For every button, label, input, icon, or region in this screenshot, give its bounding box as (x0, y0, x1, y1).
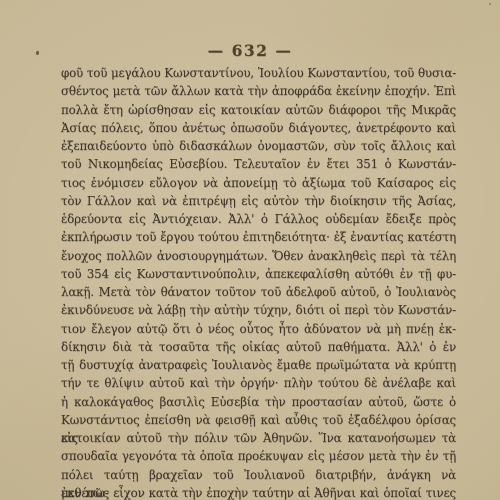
text-line: ἔνοχος πολλῶν ἀνοσιουργημάτων. Ὅθεν ἀνακ… (61, 247, 456, 265)
ink-speck (489, 3, 491, 5)
text-line: φοῦ τοῦ μεγάλου Κωνσταντίνου, Ἰουλίου Κω… (61, 64, 456, 82)
text-line: ἐκινδύνευσε νὰ λάβῃ τὴν αὐτὴν τύχην, διό… (61, 301, 456, 319)
text-line: πόλει ταύτῃ βραχεῖαν τοῦ Ἰουλιανοῦ διατρ… (61, 466, 456, 484)
text-line: ἐκπλήρωσιν τοῦ ἔργου τούτου ἐπιτηδειότητ… (61, 228, 456, 246)
text-line: σπουδαῖα γεγονότα τὰ ὁποῖα προέκυψαν εἰς… (61, 447, 456, 465)
text-line: τοῦ Νικομηδείας Εὐσεβίου. Τελευταῖον ἐν … (61, 155, 456, 173)
text-line: ἐξεπαιδεύοντο ὑπὸ διδασκάλων ὀνομαστῶν, … (61, 137, 456, 155)
text-line: τήν τε θλίψιν αὐτοῦ καὶ τὴν ὀργήν· πλὴν … (61, 374, 456, 392)
text-line: δίκησιν διὰ τὰ τοσαῦτα τῆς οἰκίας αὐτοῦ … (61, 338, 456, 356)
text-line: λακῇ. Μετὰ τὸν θάνατον τοῦτον τοῦ ἀδελφο… (61, 283, 456, 301)
text-line: τοῦ 354 εἰς Κωνσταντινούπολιν, ἀπεκεφαλί… (61, 265, 456, 283)
text-line: τιος ἐνόμισεν εὔλογον νὰ ἀπονείμῃ τὸ ἀξί… (61, 174, 456, 192)
text-line: ἡ καλοκάγαθος βασιλὶς Εὐσεβία τὴν προστα… (61, 393, 456, 411)
text-line: πολλὰ ἔτη ὡρίσθησαν εἰς κατοικίαν αὐτῶν … (61, 101, 456, 119)
body-text: φοῦ τοῦ μεγάλου Κωνσταντίνου, Ἰουλίου Κω… (61, 64, 456, 500)
text-line: μεν πῶς εἶχον κατὰ τὴν ἐποχὴν ταύτην αἱ … (61, 484, 456, 500)
text-line: τιον ἔλεγον αὐτῷ ὅτι ὁ νέος οὗτος ἦτο ἀδ… (61, 320, 456, 338)
page-number: — 632 — (0, 41, 500, 60)
scanned-book-page: — 632 — φοῦ τοῦ μεγάλου Κωνσταντίνου, Ἰο… (0, 0, 500, 500)
text-line: Ἀσίας πόλεις, ὅπου ἀνέτως ὁπωσοῦν διάγον… (61, 119, 456, 137)
text-line: ἑδρεύοντα εἰς Ἀντιόχειαν. Ἀλλ' ὁ Γάλλος … (61, 210, 456, 228)
text-line: τὸν Γάλλον καὶ νὰ ἐπιτρέψῃ εἰς αὐτὸν τὴν… (61, 192, 456, 210)
text-line: Κωνστάντιος ἐπείσθη νὰ φεισθῇ καὶ αὖθις … (61, 411, 456, 429)
text-line: σθέντος μετὰ τῶν ἄλλων κατὰ τὴν ἀποφράδα… (61, 82, 456, 100)
text-line: τῇ δυστυχίᾳ ἀνατραφεὶς Ἰουλιανὸς ἔμαθε π… (61, 356, 456, 374)
text-line: κατοικίαν αὐτοῦ τὴν πόλιν τῶν Ἀθηνῶν. Ἵν… (61, 429, 456, 447)
